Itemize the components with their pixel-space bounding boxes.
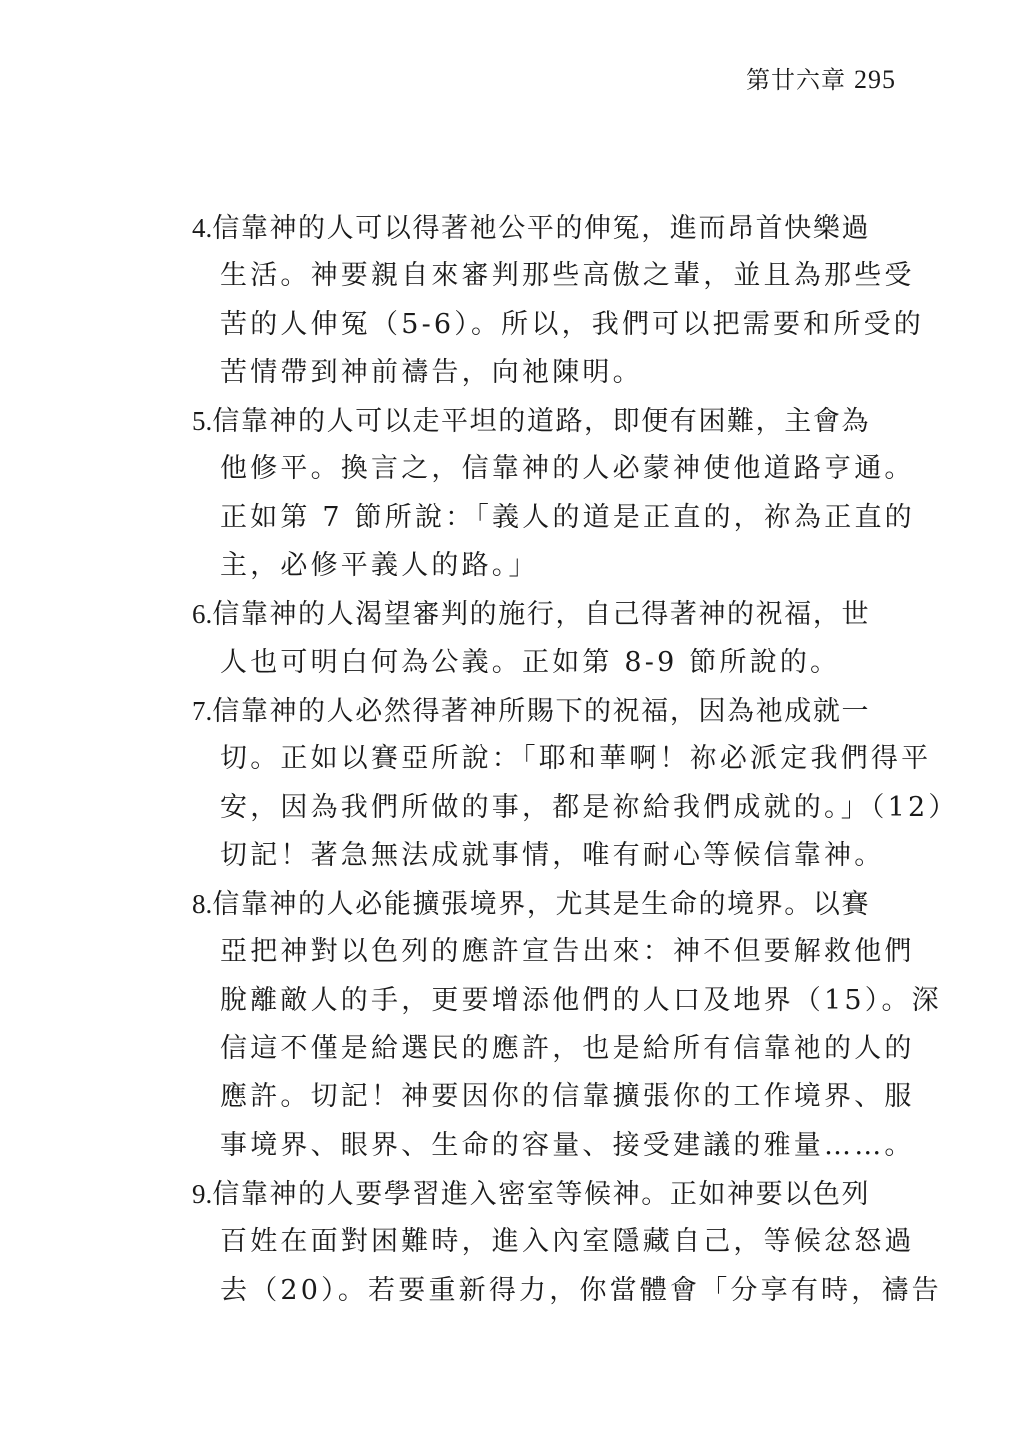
list-item-line: 百姓在面對困難時，進入內室隱藏自己，等候忿怒過: [192, 1218, 892, 1266]
item-number: 4.: [192, 213, 212, 243]
list-item-line: 苦情帶到神前禱告，向祂陳明。: [192, 349, 892, 397]
list-item-line: 亞把神對以色列的應許宣告出來：神不但要解救他們: [192, 928, 892, 976]
list-item-4: 4.信靠神的人可以得著祂公平的伸冤，進而昂首快樂過 生活。神要親自來審判那些高傲…: [192, 204, 892, 397]
list-item-line: 切。正如以賽亞所說：「耶和華啊！祢必派定我們得平: [192, 735, 892, 783]
list-item-first-line: 4.信靠神的人可以得著祂公平的伸冤，進而昂首快樂過: [192, 204, 892, 252]
list-item-7: 7.信靠神的人必然得著神所賜下的祝福，因為祂成就一 切。正如以賽亞所說：「耶和華…: [192, 687, 892, 880]
item-number: 7.: [192, 696, 212, 726]
list-item-line: 正如第 7 節所說：「義人的道是正直的，祢為正直的: [192, 494, 892, 542]
page-body: 4.信靠神的人可以得著祂公平的伸冤，進而昂首快樂過 生活。神要親自來審判那些高傲…: [192, 204, 892, 1315]
page-number: 295: [854, 65, 896, 94]
chapter-title: 第廿六章: [746, 66, 846, 94]
item-number: 6.: [192, 599, 212, 629]
list-item-line: 事境界、眼界、生命的容量、接受建議的雅量……。: [192, 1122, 892, 1170]
list-item-line: 人也可明白何為公義。正如第 8-9 節所說的。: [192, 639, 892, 687]
list-item-line: 生活。神要親自來審判那些高傲之輩，並且為那些受: [192, 252, 892, 300]
list-item-9: 9.信靠神的人要學習進入密室等候神。正如神要以色列 百姓在面對困難時，進入內室隱…: [192, 1170, 892, 1315]
list-item-line: 信這不僅是給選民的應許，也是給所有信靠祂的人的: [192, 1025, 892, 1073]
list-item-line: 去（20）。若要重新得力，你當體會「分享有時，禱告: [192, 1267, 892, 1315]
item-number: 5.: [192, 406, 212, 436]
list-item-first-line: 5.信靠神的人可以走平坦的道路，即便有困難，主會為: [192, 397, 892, 445]
list-item-6: 6.信靠神的人渴望審判的施行，自己得著神的祝福，世 人也可明白何為公義。正如第 …: [192, 590, 892, 687]
running-header: 第廿六章295: [746, 62, 896, 98]
list-item-line: 切記！著急無法成就事情，唯有耐心等候信靠神。: [192, 832, 892, 880]
item-number: 8.: [192, 889, 212, 919]
list-item-first-line: 9.信靠神的人要學習進入密室等候神。正如神要以色列: [192, 1170, 892, 1218]
list-item-line: 主，必修平義人的路。」: [192, 542, 892, 590]
list-item-first-line: 8.信靠神的人必能擴張境界，尤其是生命的境界。以賽: [192, 880, 892, 928]
list-item-line: 脫離敵人的手，更要增添他們的人口及地界（15）。深: [192, 977, 892, 1025]
item-number: 9.: [192, 1179, 212, 1209]
list-item-line: 苦的人伸冤（5-6）。所以，我們可以把需要和所受的: [192, 301, 892, 349]
list-item-8: 8.信靠神的人必能擴張境界，尤其是生命的境界。以賽 亞把神對以色列的應許宣告出來…: [192, 880, 892, 1170]
list-item-first-line: 7.信靠神的人必然得著神所賜下的祝福，因為祂成就一: [192, 687, 892, 735]
list-item-5: 5.信靠神的人可以走平坦的道路，即便有困難，主會為 他修平。換言之，信靠神的人必…: [192, 397, 892, 590]
list-item-line: 安，因為我們所做的事，都是祢給我們成就的。」（12）: [192, 784, 892, 832]
list-item-first-line: 6.信靠神的人渴望審判的施行，自己得著神的祝福，世: [192, 590, 892, 638]
list-item-line: 應許。切記！神要因你的信靠擴張你的工作境界、服: [192, 1073, 892, 1121]
list-item-line: 他修平。換言之，信靠神的人必蒙神使他道路亨通。: [192, 445, 892, 493]
